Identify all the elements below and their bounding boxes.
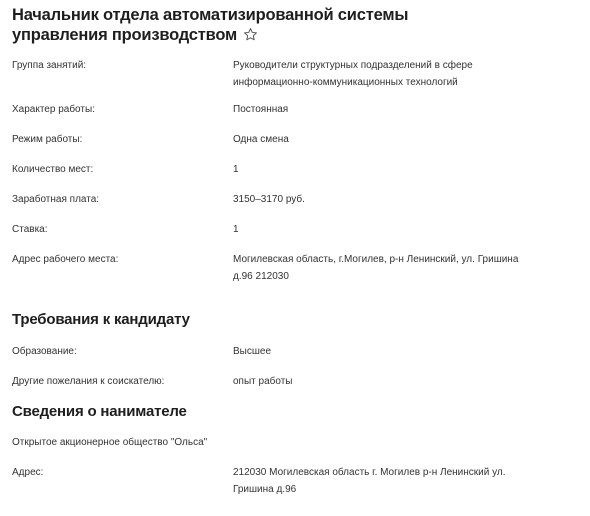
detail-value: Могилевская область, г.Могилев, р-н Лени… [233,251,533,285]
detail-value: Одна смена [233,131,533,148]
employer-heading: Сведения о нанимателе [12,402,187,422]
requirement-label: Образование: [12,343,227,360]
detail-label: Характер работы: [12,101,227,118]
requirement-label: Другие пожелания к соискателю: [12,373,227,390]
detail-label: Группа занятий: [12,57,227,74]
detail-value: 1 [233,221,533,238]
vacancy-title-text: Начальник отдела автоматизированной сист… [12,6,408,44]
employer-address-label: Адрес: [12,464,227,481]
detail-label: Количество мест: [12,161,227,178]
detail-value: Руководители структурных подразделений в… [233,57,533,91]
vacancy-title: Начальник отдела автоматизированной сист… [12,5,482,45]
employer-name: Открытое акционерное общество "Ольса" [12,434,207,451]
employer-address-value: 212030 Могилевская область г. Могилев р-… [233,464,533,498]
star-icon[interactable] [243,27,258,42]
requirements-heading: Требования к кандидату [12,310,190,330]
detail-label: Режим работы: [12,131,227,148]
detail-value: 3150–3170 руб. [233,191,533,208]
detail-value: Постоянная [233,101,533,118]
requirement-value: опыт работы [233,373,533,390]
requirement-value: Высшее [233,343,533,360]
detail-value: 1 [233,161,533,178]
detail-label: Адрес рабочего места: [12,251,227,268]
detail-label: Ставка: [12,221,227,238]
detail-label: Заработная плата: [12,191,227,208]
